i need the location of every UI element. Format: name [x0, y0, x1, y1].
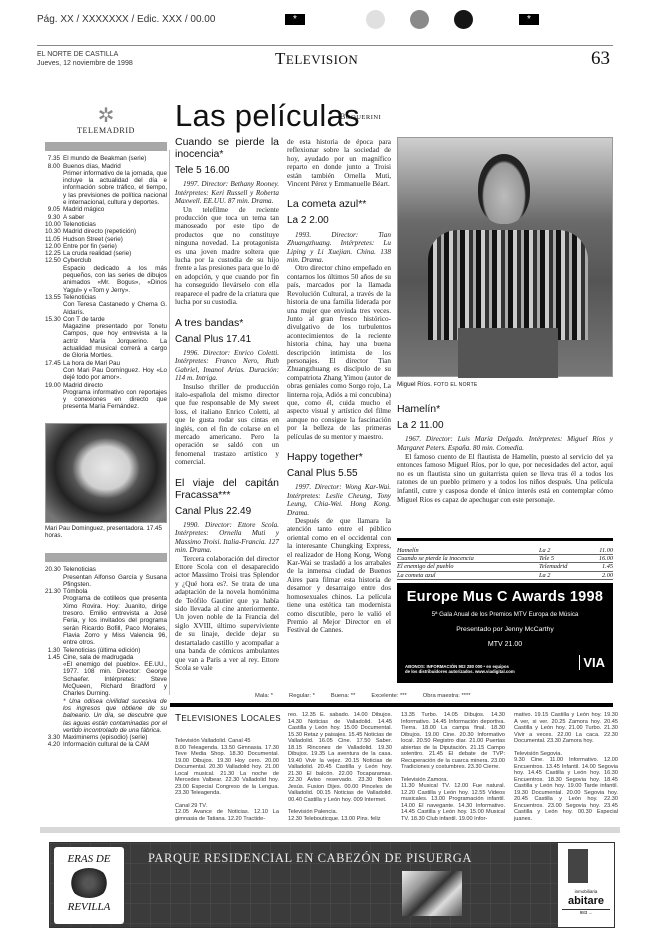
schedule-row: 9.05Madrid mágico [45, 206, 167, 213]
rating-legend: Mala: *Regular: *Buena: **Excelente: ***… [255, 693, 630, 699]
channel-group: 13.35 Turbo. 14.05 Dibujos. 14.30 Inform… [401, 712, 505, 771]
channel: Tele 5 [539, 555, 591, 562]
program: TómbolaPrograma de cotilleos que present… [63, 588, 167, 646]
program: Madrid directo (repetición) [63, 228, 167, 235]
program-desc: Espacio dedicado a los más pequeños, con… [63, 265, 167, 294]
via-logo: VIA [579, 655, 605, 670]
channel-group: reo. 12.35 E. sabado. 14.00 Dibujos. 14.… [288, 712, 392, 803]
time: 13.55 [45, 294, 63, 316]
miguel-rios-photo [397, 137, 613, 377]
program: Madrid directoPrograma informativo con r… [63, 382, 167, 411]
program-title: Entre por fin (serie) [63, 243, 117, 250]
habitare-square-icon [568, 849, 588, 883]
program: TelenoticiasCon Teresa Castanedo y Chema… [63, 294, 167, 316]
film-review: de esta historia de época para reflexion… [287, 138, 391, 188]
footer-band [40, 827, 620, 833]
program-title: Cine, sala de madrugada [63, 654, 133, 661]
grey-bar-2 [45, 553, 167, 562]
mtv-awards-ad[interactable]: Europe Mus C Awards 1998 5ª Gala Anual d… [397, 583, 613, 683]
time: 12.25 [45, 250, 63, 257]
evening-schedule: 20.30TelenoticiasPresentan Alfonso Garcí… [45, 566, 167, 748]
time: 8.00 [45, 163, 63, 207]
program-desc: Programa de cotilleos que presenta Ximo … [63, 595, 167, 646]
program-title: Madrid directo (repetición) [63, 228, 136, 235]
program-desc: Programa informativo con reportajes y co… [63, 389, 167, 411]
film-body: El famoso cuento de El flautista de Hame… [397, 453, 613, 505]
channel-group: Canal 29 TV.12.05 Avance de Noticias. 12… [175, 803, 279, 823]
program-title: Cyberclub [63, 257, 91, 264]
time: 12.00 [45, 243, 63, 250]
schedule-row: 13.55TelenoticiasCon Teresa Castanedo y … [45, 294, 167, 316]
time: 17.45 [45, 360, 63, 382]
program-title: Hudson Street (serie) [63, 236, 123, 243]
issue-date: Jueves, 12 noviembre de 1998 [37, 59, 133, 68]
program: Hudson Street (serie) [63, 236, 167, 243]
program-title: Información cultural de la CAM [63, 741, 149, 748]
channel-listing: 8.00 Teleagenda. 13.50 Gimnasia. 17.30 T… [175, 745, 279, 797]
schedule-row: 12.50CyberclubEspacio dedicado a los más… [45, 257, 167, 293]
program: Información cultural de la CAM [63, 741, 167, 748]
legend-item: Mala: * [255, 693, 273, 699]
program-title: Madrid mágico [63, 206, 104, 213]
film: Hamelín [397, 547, 539, 554]
schedule-row: 10.30Madrid directo (repetición) [45, 228, 167, 235]
ad-house-photo [402, 871, 462, 916]
film-review: La cometa azul**La 2 2.001993. Director:… [287, 198, 391, 441]
time: 7.35 [45, 155, 63, 162]
highlights-table: HamelínLa 211.00Cuando se pierde la inoc… [397, 538, 613, 580]
film-channel: La 2 2.00 [287, 217, 391, 225]
program-title: Maximinems (episodio) (serie) [63, 734, 147, 741]
channel-listing: mativo. 19.15 Castilla y León hoy. 19.30… [514, 712, 618, 745]
schedule-row: 20.30TelenoticiasPresentan Alfonso Garcí… [45, 566, 167, 588]
local-tv-column: reo. 12.35 E. sabado. 14.00 Dibujos. 14.… [288, 712, 392, 828]
telemadrid-star-icon: ✲ [45, 105, 167, 127]
time: 2.00 [591, 572, 613, 579]
real-estate-ad[interactable]: ERAS DE REVILLA PARQUE RESIDENCIAL EN CA… [49, 842, 615, 928]
schedule-row: 1.30Telenoticias (última edición) [45, 647, 167, 654]
schedule-row: 3.30Maximinems (episodio) (serie) [45, 734, 167, 741]
program-desc: Primer informativo de la jornada, que in… [63, 170, 167, 206]
channel-group: Televisión Zamora.11.30 Musical TV. 12.0… [401, 777, 505, 823]
program: El mundo de Beakman (serie) [63, 155, 167, 162]
film-channel: La 2 11.00 [397, 422, 613, 430]
film-meta: 1990. Director: Ettore Scola. Intérprete… [175, 521, 279, 555]
channel-listing: 9.30 Cine. 11.00 Informativo. 12.00 Encu… [514, 757, 618, 822]
channel-group: Televisión Segovia.9.30 Cine. 11.00 Info… [514, 751, 618, 823]
channel: La 2 [539, 572, 591, 579]
channel-listing: 12.05 Avance de Noticias. 12.10 La gimna… [175, 809, 279, 822]
program-title: La hora de Mari Pau [63, 360, 120, 367]
channel-listing: 12.30 Telebouticque. 13.00 Pins. feliz [288, 816, 392, 823]
time: 20.30 [45, 566, 63, 588]
section-title: TELEVISION [275, 49, 358, 69]
film-title: El viaje del capitán Fracassa*** [175, 477, 279, 501]
program-note: * Una odisea civilidad sucesiva de los i… [63, 698, 167, 734]
legend-item: Buena: ** [331, 693, 356, 699]
program-title: Tómbola [63, 588, 88, 595]
table-row: Cuando se pierde la inocenciaTele 516.00 [397, 555, 613, 563]
program-title: Telenoticias [63, 294, 96, 301]
legend-item: Excelente: *** [371, 693, 406, 699]
registration-dot-dark [454, 10, 473, 29]
schedule-row: 10.00Telenoticias [45, 221, 167, 228]
time: 1.45 [591, 563, 613, 570]
film-channel: Canal Plus 22.49 [175, 508, 279, 516]
film-body: de esta historia de época para reflexion… [287, 138, 391, 188]
program: Cine, sala de madrugada«El enemigo del p… [63, 654, 167, 734]
program-title: Telenoticias [63, 221, 96, 228]
film-meta: 1993. Director: Tian Zhuangzhuang. Intér… [287, 231, 391, 265]
column-rule [169, 150, 170, 695]
habitare-logo: inmobiliaria abitare 983 ... [558, 843, 614, 927]
registration-dot-light [366, 10, 385, 29]
local-tv-title: TELEVISIONES LOCALES [175, 713, 281, 724]
program-title: A saber [63, 214, 84, 221]
program-title: Buenos días, Madrid [63, 163, 121, 170]
film-title: Hamelín* [397, 403, 613, 415]
schedule-row: 15.30Con T de tardeMagazine presentado p… [45, 316, 167, 360]
program-desc: Magazine presentado por Tonetu Campos, q… [63, 323, 167, 359]
film-title: A tres bandas* [175, 317, 279, 329]
channel-listing: 11.30 Musical TV. 12.00 Fue natural. 12.… [401, 783, 505, 822]
channel: La 2 [539, 547, 591, 554]
header-rule [37, 45, 613, 46]
time: 15.30 [45, 316, 63, 360]
schedule-row: 12.00Entre por fin (serie) [45, 243, 167, 250]
time: 9.05 [45, 206, 63, 213]
program: La hora de Mari PauCon Mari Pau Domíngue… [63, 360, 167, 382]
time: 21.30 [45, 588, 63, 646]
program-title: La cruda realidad (serie) [63, 250, 131, 257]
channel: Telemadrid [539, 563, 591, 570]
time: 1.45 [45, 654, 63, 734]
film-channel: Tele 5 16.00 [175, 167, 279, 175]
program: Maximinems (episodio) (serie) [63, 734, 167, 741]
film-body: Insulso thriller de producción italo-esp… [175, 383, 279, 467]
films-col-1: Cuando se pierde la inocencia*Tele 5 16.… [175, 126, 279, 672]
legend-item: Obra maestra: **** [423, 693, 471, 699]
time: 16.00 [591, 555, 613, 562]
eras-de-revilla-logo: ERAS DE REVILLA [54, 847, 124, 924]
film-review: El viaje del capitán Fracassa***Canal Pl… [175, 477, 279, 673]
program-title: El mundo de Beakman (serie) [63, 155, 146, 162]
schedule-row: 12.25La cruda realidad (serie) [45, 250, 167, 257]
section-rule [170, 703, 613, 707]
film-meta: 1996. Director: Enrico Coletti. Intérpre… [175, 349, 279, 383]
time: 1.30 [45, 647, 63, 654]
program: CyberclubEspacio dedicado a los más pequ… [63, 257, 167, 293]
local-tv-column: 13.35 Turbo. 14.05 Dibujos. 14.30 Inform… [401, 712, 505, 828]
time: 11.05 [45, 236, 63, 243]
program-title: Telenoticias [63, 566, 96, 573]
program-desc: Presentan Alfonso García y Susana Pfings… [63, 574, 167, 589]
program: Madrid mágico [63, 206, 167, 213]
page-number: 63 [591, 48, 610, 70]
schedule-row: 19.00Madrid directoPrograma informativo … [45, 382, 167, 411]
legend-item: Regular: * [289, 693, 315, 699]
ad-slot: MTV 21.00 [397, 641, 613, 648]
film-body: Un telefilme de reciente producción que … [175, 206, 279, 307]
telemadrid-column: ✲ TELEMADRID 7.35El mundo de Beakman (se… [45, 105, 167, 749]
program: Con T de tardeMagazine presentado por To… [63, 316, 167, 360]
film-review: Happy together*Canal Plus 5.551997. Dire… [287, 451, 391, 635]
telemadrid-logo: ✲ TELEMADRID [45, 105, 167, 134]
film-meta: 1997. Director: Wong Kar-Wai. Intérprete… [287, 483, 391, 517]
registration-star-left: * [285, 14, 305, 25]
program: A saber [63, 214, 167, 221]
program-desc: «El enemigo del pueblo». EE.UU., 1977. 1… [63, 661, 167, 697]
film-title: Cuando se pierde la inocencia* [175, 136, 279, 160]
schedule-row: 4.20Información cultural de la CAM [45, 741, 167, 748]
program: Telenoticias [63, 221, 167, 228]
film-title: La cometa azul** [287, 198, 391, 210]
film: Cuando se pierde la inocencia [397, 555, 539, 562]
local-tv-column: Televisión Valladolid. Canal 458.00 Tele… [175, 738, 279, 828]
film-meta: 1967. Director: Luis María Delgado. Inté… [397, 435, 613, 452]
paper-name: EL NORTE DE CASTILLA [37, 50, 133, 59]
table-row: La cometa azulLa 22.00 [397, 572, 613, 580]
program: TelenoticiasPresentan Alfonso García y S… [63, 566, 167, 588]
ad-headline: PARQUE RESIDENCIAL EN CABEZÓN DE PISUERG… [148, 851, 472, 866]
program: La cruda realidad (serie) [63, 250, 167, 257]
film-channel: Canal Plus 5.55 [287, 470, 391, 478]
registration-dot-mid [410, 10, 429, 29]
program-title: Con T de tarde [63, 316, 105, 323]
schedule-row: 17.45La hora de Mari PauCon Mari Pau Dom… [45, 360, 167, 382]
film-meta: 1997. Director: Bethany Rooney. Intérpre… [175, 180, 279, 205]
ad-sub: 5ª Gala Anual de los Premios MTV Europa … [397, 611, 613, 618]
hamelin-review: Hamelín* La 2 11.00 1967. Director: Luis… [397, 393, 613, 504]
program: Entre por fin (serie) [63, 243, 167, 250]
channel-listing: reo. 12.35 E. sabado. 14.00 Dibujos. 14.… [288, 712, 392, 803]
time: 3.30 [45, 734, 63, 741]
channel-group: Televisión Valladolid. Canal 458.00 Tele… [175, 738, 279, 797]
program: Telenoticias (última edición) [63, 647, 167, 654]
film-review: Cuando se pierde la inocencia*Tele 5 16.… [175, 136, 279, 307]
ad-footer: ABONOS: INFORMACIÓN 902 280 000 • en equ… [405, 664, 515, 674]
presenter-photo [45, 423, 167, 523]
schedule-row: 7.35El mundo de Beakman (serie) [45, 155, 167, 162]
schedule-row: 21.30TómbolaPrograma de cotilleos que pr… [45, 588, 167, 646]
schedule-row: 9.30A saber [45, 214, 167, 221]
program-title: Telenoticias (última edición) [63, 647, 140, 654]
time: 10.30 [45, 228, 63, 235]
film-body: Después de que llamara la atención tanto… [287, 517, 391, 635]
film-body: Tercera colaboración del director Ettore… [175, 555, 279, 673]
local-tv-column: mativo. 19.15 Castilla y León hoy. 19.30… [514, 712, 618, 828]
page-slug: Pág. XX / XXXXXXX / Edic. XXX / 00.00 [37, 14, 215, 25]
film-title: Happy together* [287, 451, 391, 463]
registration-star-right: * [519, 14, 539, 25]
grey-bar [45, 142, 167, 151]
schedule-row: 1.45Cine, sala de madrugada«El enemigo d… [45, 654, 167, 734]
table-row: El enemigo del puebloTelemadrid1.45 [397, 563, 613, 571]
photo-caption: Miguel Ríos. FOTO EL NORTE [397, 381, 478, 388]
program-desc: Con Teresa Castanedo y Chema G. Aldarís. [63, 301, 167, 316]
program: Buenos días, MadridPrimer informativo de… [63, 163, 167, 207]
schedule-row: 11.05Hudson Street (serie) [45, 236, 167, 243]
time: 12.50 [45, 257, 63, 293]
channel-group: Televisión Palencia.12.30 Telebouticque.… [288, 809, 392, 822]
program-desc: Con Mari Pau Domínguez. Hoy «Lo dejé tod… [63, 367, 167, 382]
time: 10.00 [45, 221, 63, 228]
presenter-caption: Mari Pau Domínguez, presentadora. 17.45 … [45, 525, 167, 540]
tree-icon [69, 868, 109, 898]
film-channel: Canal Plus 17.41 [175, 336, 279, 344]
film: La cometa azul [397, 572, 539, 579]
ad-headline: Europe Mus C Awards 1998 [397, 589, 613, 605]
program-title: Madrid directo [63, 382, 103, 389]
morning-schedule: 7.35El mundo de Beakman (serie)8.00Bueno… [45, 155, 167, 410]
masthead: EL NORTE DE CASTILLA Jueves, 12 noviembr… [37, 50, 133, 68]
film-body: Otro director chino empeñado en contarno… [287, 264, 391, 441]
time: 4.20 [45, 741, 63, 748]
schedule-row: 8.00Buenos días, MadridPrimer informativ… [45, 163, 167, 207]
time: 11.00 [591, 547, 613, 554]
channel-listing: 13.35 Turbo. 14.05 Dibujos. 14.30 Inform… [401, 712, 505, 771]
ad-presenter: Presentado por Jenny McCarthy [397, 626, 613, 633]
film-review: A tres bandas*Canal Plus 17.411996. Dire… [175, 317, 279, 467]
time: 9.30 [45, 214, 63, 221]
byline: BOQUERINI [340, 112, 381, 121]
film: El enemigo del pueblo [397, 563, 539, 570]
films-col-2: de esta historia de época para reflexion… [287, 138, 391, 635]
table-row: HamelínLa 211.00 [397, 547, 613, 555]
channel-group: mativo. 19.15 Castilla y León hoy. 19.30… [514, 712, 618, 745]
time: 19.00 [45, 382, 63, 411]
